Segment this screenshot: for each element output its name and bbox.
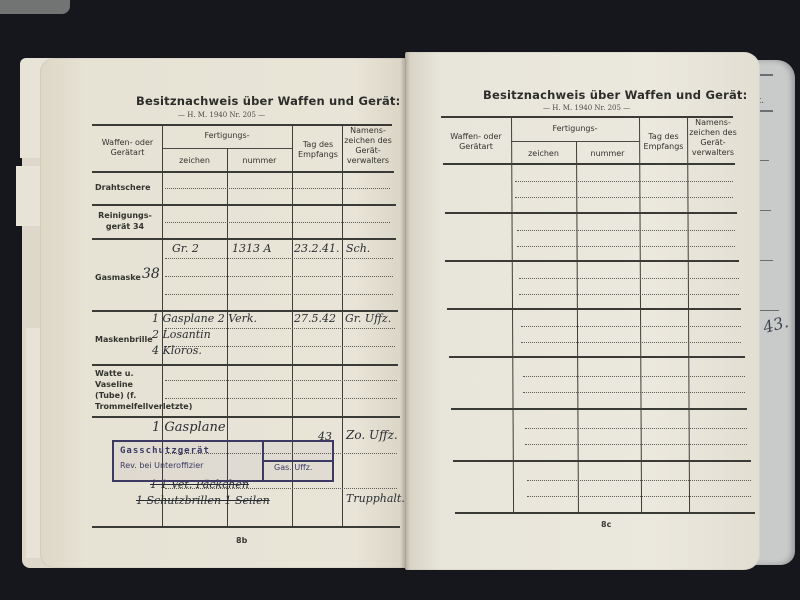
dotted-guide bbox=[527, 496, 751, 497]
header-fertigungs: Fertigungs- bbox=[511, 124, 639, 134]
header-nummer: nummer bbox=[576, 149, 639, 159]
table-rule bbox=[447, 308, 741, 310]
header-fertigungs: Fertigungs- bbox=[162, 131, 292, 141]
row-label-maskenbrille: Maskenbrille bbox=[95, 334, 153, 345]
handwritten-tag: 23.2.41. bbox=[294, 242, 339, 255]
column-divider bbox=[687, 116, 690, 512]
header-tag-des-empfangs: Tag des Empfangs bbox=[640, 132, 687, 152]
handwritten-gasmaske-model: 38 bbox=[142, 266, 160, 282]
handwritten-line: 2 Losantin bbox=[152, 328, 211, 341]
row-label-gasmaske: Gasmaske bbox=[95, 272, 141, 283]
dotted-guide bbox=[525, 428, 747, 429]
header-tag-des-empfangs: Tag des Empfangs bbox=[294, 140, 342, 160]
handwritten-line: 4 Kloros. bbox=[152, 344, 202, 357]
dotted-guide bbox=[527, 480, 751, 481]
table-rule bbox=[453, 460, 751, 462]
page-number: 8c bbox=[601, 520, 611, 529]
dotted-guide bbox=[519, 278, 739, 279]
header-zeichen: zeichen bbox=[162, 156, 227, 166]
handwritten-namens: Sch. bbox=[346, 242, 370, 255]
right-page: Besitznachweis über Waffen und Gerät: — … bbox=[405, 52, 760, 570]
dotted-guide bbox=[517, 246, 735, 247]
header-namenszeichen: Namens- zeichen des Gerät- verwalters bbox=[342, 126, 394, 166]
table-rule bbox=[92, 526, 400, 528]
page-number: 8b bbox=[236, 536, 247, 545]
ink-stamp: Gasschutzgerät Rev. bei Unteroffizier Ga… bbox=[112, 440, 334, 482]
header-item-type: Waffen- oder Gerätart bbox=[95, 138, 160, 158]
handwritten-namens: Zo. Uffz. bbox=[346, 428, 398, 442]
column-divider bbox=[342, 124, 343, 526]
book-spine-shadow bbox=[400, 52, 410, 570]
row-label-reinigungsgeraet: Reinigungs- gerät 34 bbox=[95, 210, 155, 232]
table-rule bbox=[445, 212, 737, 214]
dotted-guide bbox=[165, 294, 393, 295]
table-rule bbox=[92, 171, 394, 173]
dotted-guide bbox=[519, 294, 739, 295]
column-divider bbox=[639, 116, 642, 512]
page-title: Besitznachweis über Waffen und Gerät: bbox=[483, 88, 747, 102]
stamp-line-1: Gasschutzgerät bbox=[120, 446, 210, 456]
dotted-guide bbox=[523, 392, 745, 393]
handwritten-tag: 27.5.42 bbox=[294, 312, 336, 325]
stamp-role: Gas. Uffz. bbox=[274, 463, 312, 472]
table-rule bbox=[451, 408, 747, 410]
table-rule bbox=[92, 416, 400, 418]
background-paper-scrap bbox=[0, 0, 70, 14]
handwritten-namens-last: Trupphalt. bbox=[346, 492, 405, 505]
page-title: Besitznachweis über Waffen und Gerät: bbox=[136, 94, 400, 108]
header-subrule bbox=[511, 141, 639, 142]
dotted-guide bbox=[165, 258, 393, 259]
dotted-guide bbox=[165, 222, 390, 223]
underlying-handwriting: 43. bbox=[761, 312, 791, 337]
dotted-guide bbox=[515, 181, 733, 182]
dotted-guide bbox=[515, 197, 733, 198]
dotted-guide bbox=[525, 444, 747, 445]
header-nummer: nummer bbox=[227, 156, 292, 166]
table-rule bbox=[443, 163, 735, 165]
handwritten-line: 1 Gasplane 2 Verk. bbox=[152, 312, 257, 325]
table-rule bbox=[449, 356, 745, 358]
table-rule bbox=[445, 260, 739, 262]
table-rule bbox=[92, 204, 396, 206]
page-subtitle: — H. M. 1940 Nr. 205 — bbox=[543, 104, 630, 112]
dotted-guide bbox=[521, 326, 741, 327]
stamp-divider bbox=[264, 460, 332, 462]
table-rule bbox=[92, 364, 398, 366]
handwritten-line: 1 Gasplane bbox=[152, 420, 226, 435]
dotted-guide bbox=[165, 398, 397, 399]
underlying-rule bbox=[759, 310, 779, 311]
page-subtitle: — H. M. 1940 Nr. 205 — bbox=[178, 111, 265, 119]
dotted-guide bbox=[517, 230, 735, 231]
handwritten-nummer: 1313 A bbox=[232, 242, 271, 255]
left-page: Besitznachweis über Waffen und Gerät: — … bbox=[40, 58, 410, 568]
row-label-drahtschere: Drahtschere bbox=[95, 182, 151, 193]
dotted-guide bbox=[165, 276, 393, 277]
dotted-guide bbox=[521, 342, 741, 343]
dotted-guide bbox=[165, 188, 390, 189]
header-namenszeichen: Namens- zeichen des Gerät- verwalters bbox=[688, 118, 738, 158]
handwritten-namens: Gr. Uffz. bbox=[345, 312, 391, 325]
table-rule bbox=[455, 512, 755, 514]
dotted-guide bbox=[165, 380, 397, 381]
stamp-line-2: Rev. bei Unteroffizier bbox=[120, 461, 203, 470]
table-rule bbox=[92, 238, 396, 240]
column-divider bbox=[511, 116, 514, 512]
dotted-guide bbox=[523, 376, 745, 377]
row-label-watte-vaseline: Watte u. Vaseline (Tube) (f. Trommelfell… bbox=[95, 368, 159, 412]
handwritten-zeichen: Gr. 2 bbox=[172, 242, 199, 255]
header-item-type: Waffen- oder Gerätart bbox=[443, 132, 509, 152]
header-zeichen: zeichen bbox=[511, 149, 576, 159]
handwritten-line-struck: 1 Schutzbrillen 1 Seilen bbox=[136, 494, 270, 507]
